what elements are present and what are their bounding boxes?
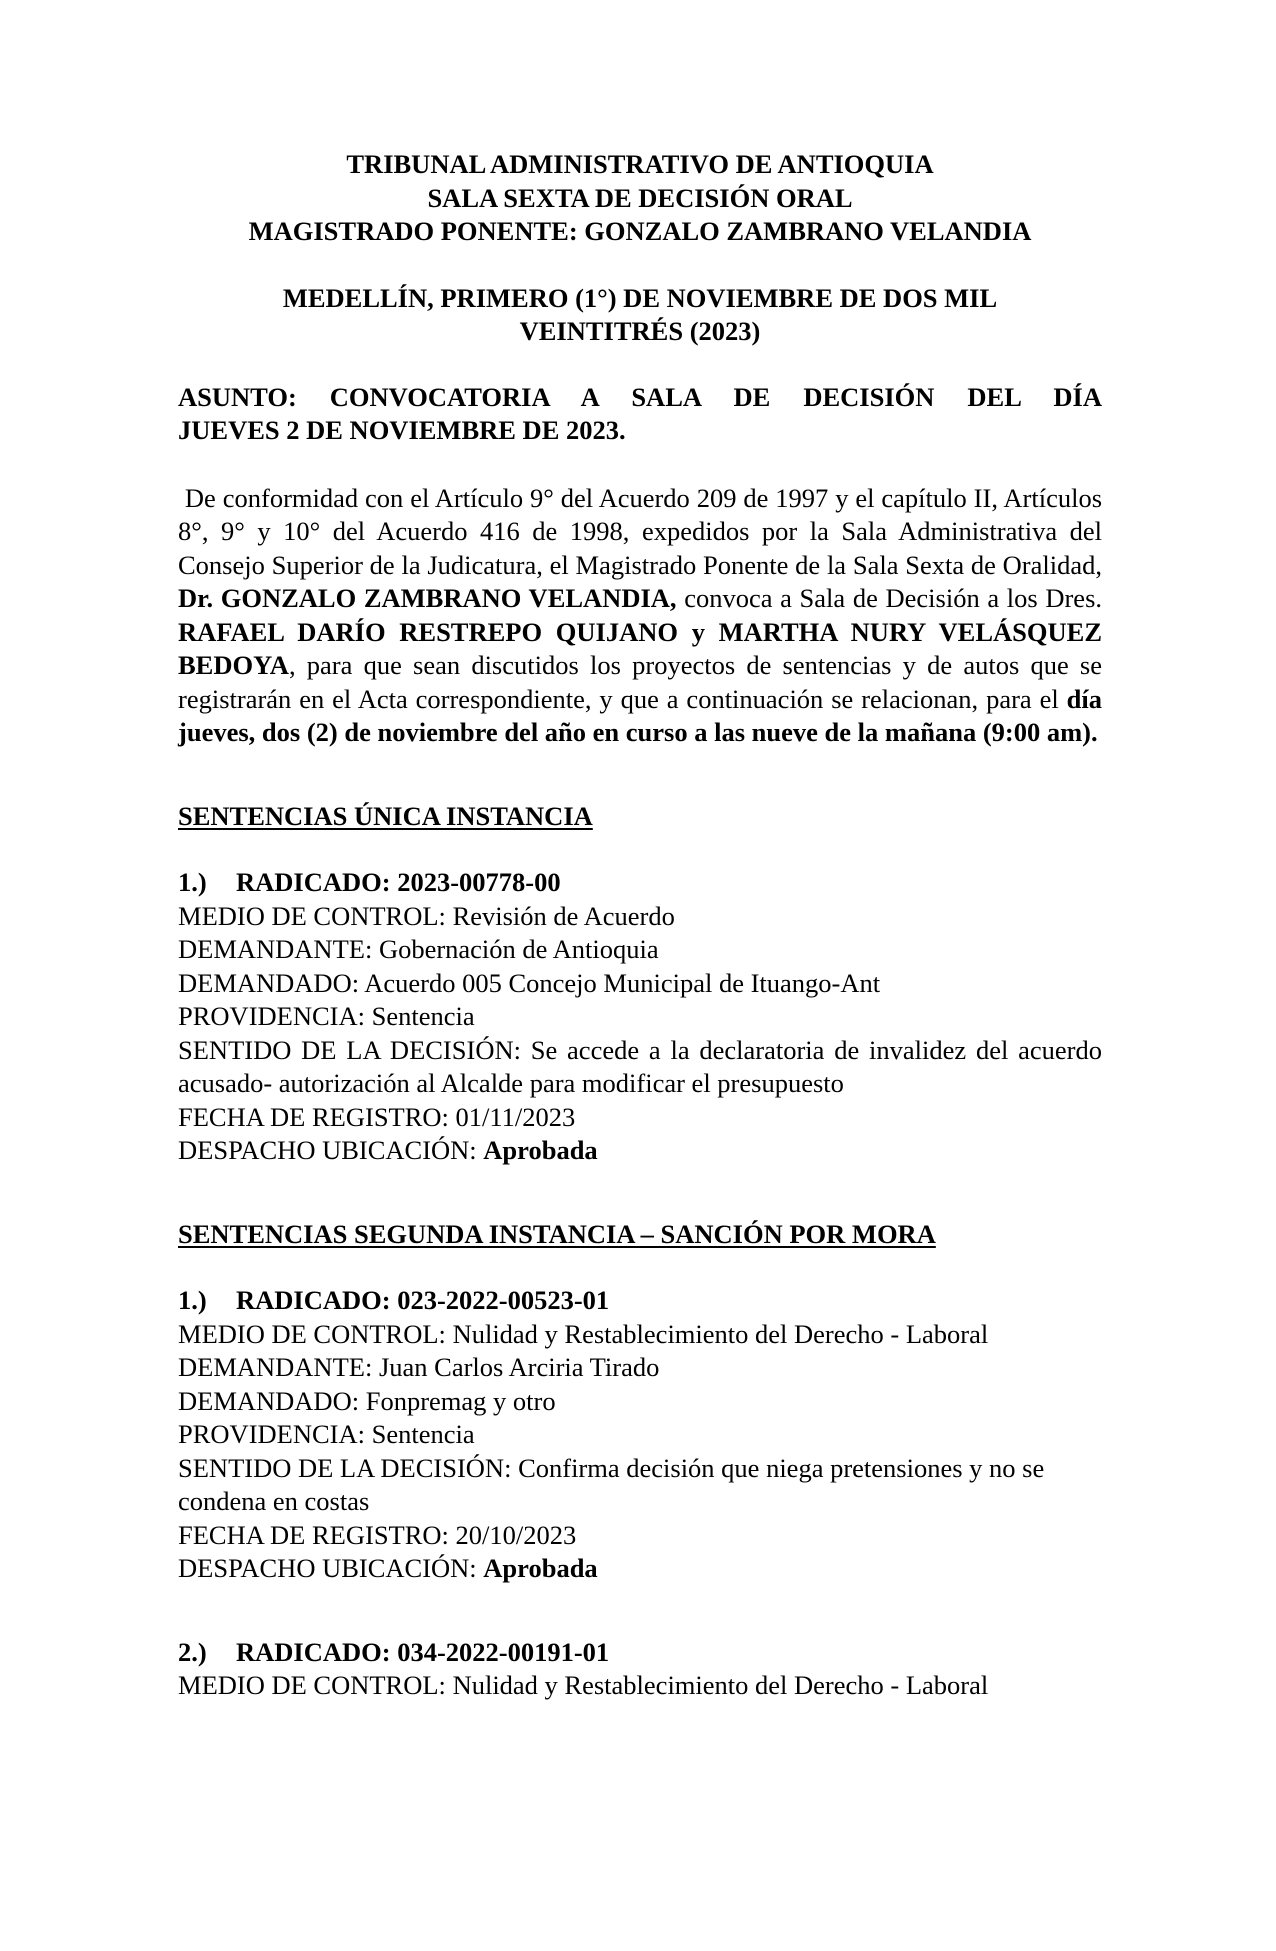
case-medio: MEDIO DE CONTROL: Revisión de Acuerdo (178, 900, 1102, 934)
subject-line-2: JUEVES 2 DE NOVIEMBRE DE 2023. (178, 414, 1102, 448)
section-title: SENTENCIAS SEGUNDA INSTANCIA – SANCIÓN P… (178, 1218, 1102, 1252)
section-unica-instancia: SENTENCIAS ÚNICA INSTANCIA 1.)RADICADO: … (178, 800, 1102, 1168)
document-subject: ASUNTO: CONVOCATORIA A SALA DE DECISIÓN … (178, 381, 1102, 448)
document-date: MEDELLÍN, PRIMERO (1°) DE NOVIEMBRE DE D… (178, 282, 1102, 349)
case-despacho: DESPACHO UBICACIÓN: Aprobada (178, 1552, 1102, 1586)
case-radicado: 2.)RADICADO: 034-2022-00191-01 (178, 1636, 1102, 1670)
case-medio: MEDIO DE CONTROL: Nulidad y Restablecimi… (178, 1669, 1102, 1703)
case-medio: MEDIO DE CONTROL: Nulidad y Restablecimi… (178, 1318, 1102, 1352)
case-radicado: 1.)RADICADO: 2023-00778-00 (178, 866, 1102, 900)
case-demandante: DEMANDANTE: Gobernación de Antioquia (178, 933, 1102, 967)
case-fecha: FECHA DE REGISTRO: 01/11/2023 (178, 1101, 1102, 1135)
case-demandado: DEMANDADO: Fonpremag y otro (178, 1385, 1102, 1419)
case-demandado: DEMANDADO: Acuerdo 005 Concejo Municipal… (178, 967, 1102, 1001)
chamber-name: SALA SEXTA DE DECISIÓN ORAL (178, 182, 1102, 216)
subject-line-1: ASUNTO: CONVOCATORIA A SALA DE DECISIÓN … (178, 381, 1102, 415)
case-providencia: PROVIDENCIA: Sentencia (178, 1418, 1102, 1452)
case-item: 1.)RADICADO: 023-2022-00523-01 MEDIO DE … (178, 1284, 1102, 1586)
convening-magistrate: Dr. GONZALO ZAMBRANO VELANDIA, (178, 583, 677, 613)
case-sentido: SENTIDO DE LA DECISIÓN: Confirma decisió… (178, 1452, 1102, 1519)
case-sentido: SENTIDO DE LA DECISIÓN: Se accede a la d… (178, 1034, 1102, 1101)
case-despacho: DESPACHO UBICACIÓN: Aprobada (178, 1134, 1102, 1168)
date-line-2: VEINTITRÉS (2023) (178, 315, 1102, 349)
section-segunda-instancia: SENTENCIAS SEGUNDA INSTANCIA – SANCIÓN P… (178, 1218, 1102, 1703)
date-line-1: MEDELLÍN, PRIMERO (1°) DE NOVIEMBRE DE D… (178, 282, 1102, 316)
case-item: 1.)RADICADO: 2023-00778-00 MEDIO DE CONT… (178, 866, 1102, 1168)
court-name: TRIBUNAL ADMINISTRATIVO DE ANTIOQUIA (178, 148, 1102, 182)
section-title: SENTENCIAS ÚNICA INSTANCIA (178, 800, 1102, 834)
magistrate-line: MAGISTRADO PONENTE: GONZALO ZAMBRANO VEL… (178, 215, 1102, 249)
document-header: TRIBUNAL ADMINISTRATIVO DE ANTIOQUIA SAL… (178, 148, 1102, 249)
case-radicado: 1.)RADICADO: 023-2022-00523-01 (178, 1284, 1102, 1318)
case-demandante: DEMANDANTE: Juan Carlos Arciria Tirado (178, 1351, 1102, 1385)
intro-paragraph: De conformidad con el Artículo 9° del Ac… (178, 482, 1102, 750)
case-providencia: PROVIDENCIA: Sentencia (178, 1000, 1102, 1034)
document-page: TRIBUNAL ADMINISTRATIVO DE ANTIOQUIA SAL… (178, 148, 1102, 1703)
case-item: 2.)RADICADO: 034-2022-00191-01 MEDIO DE … (178, 1636, 1102, 1703)
case-fecha: FECHA DE REGISTRO: 20/10/2023 (178, 1519, 1102, 1553)
